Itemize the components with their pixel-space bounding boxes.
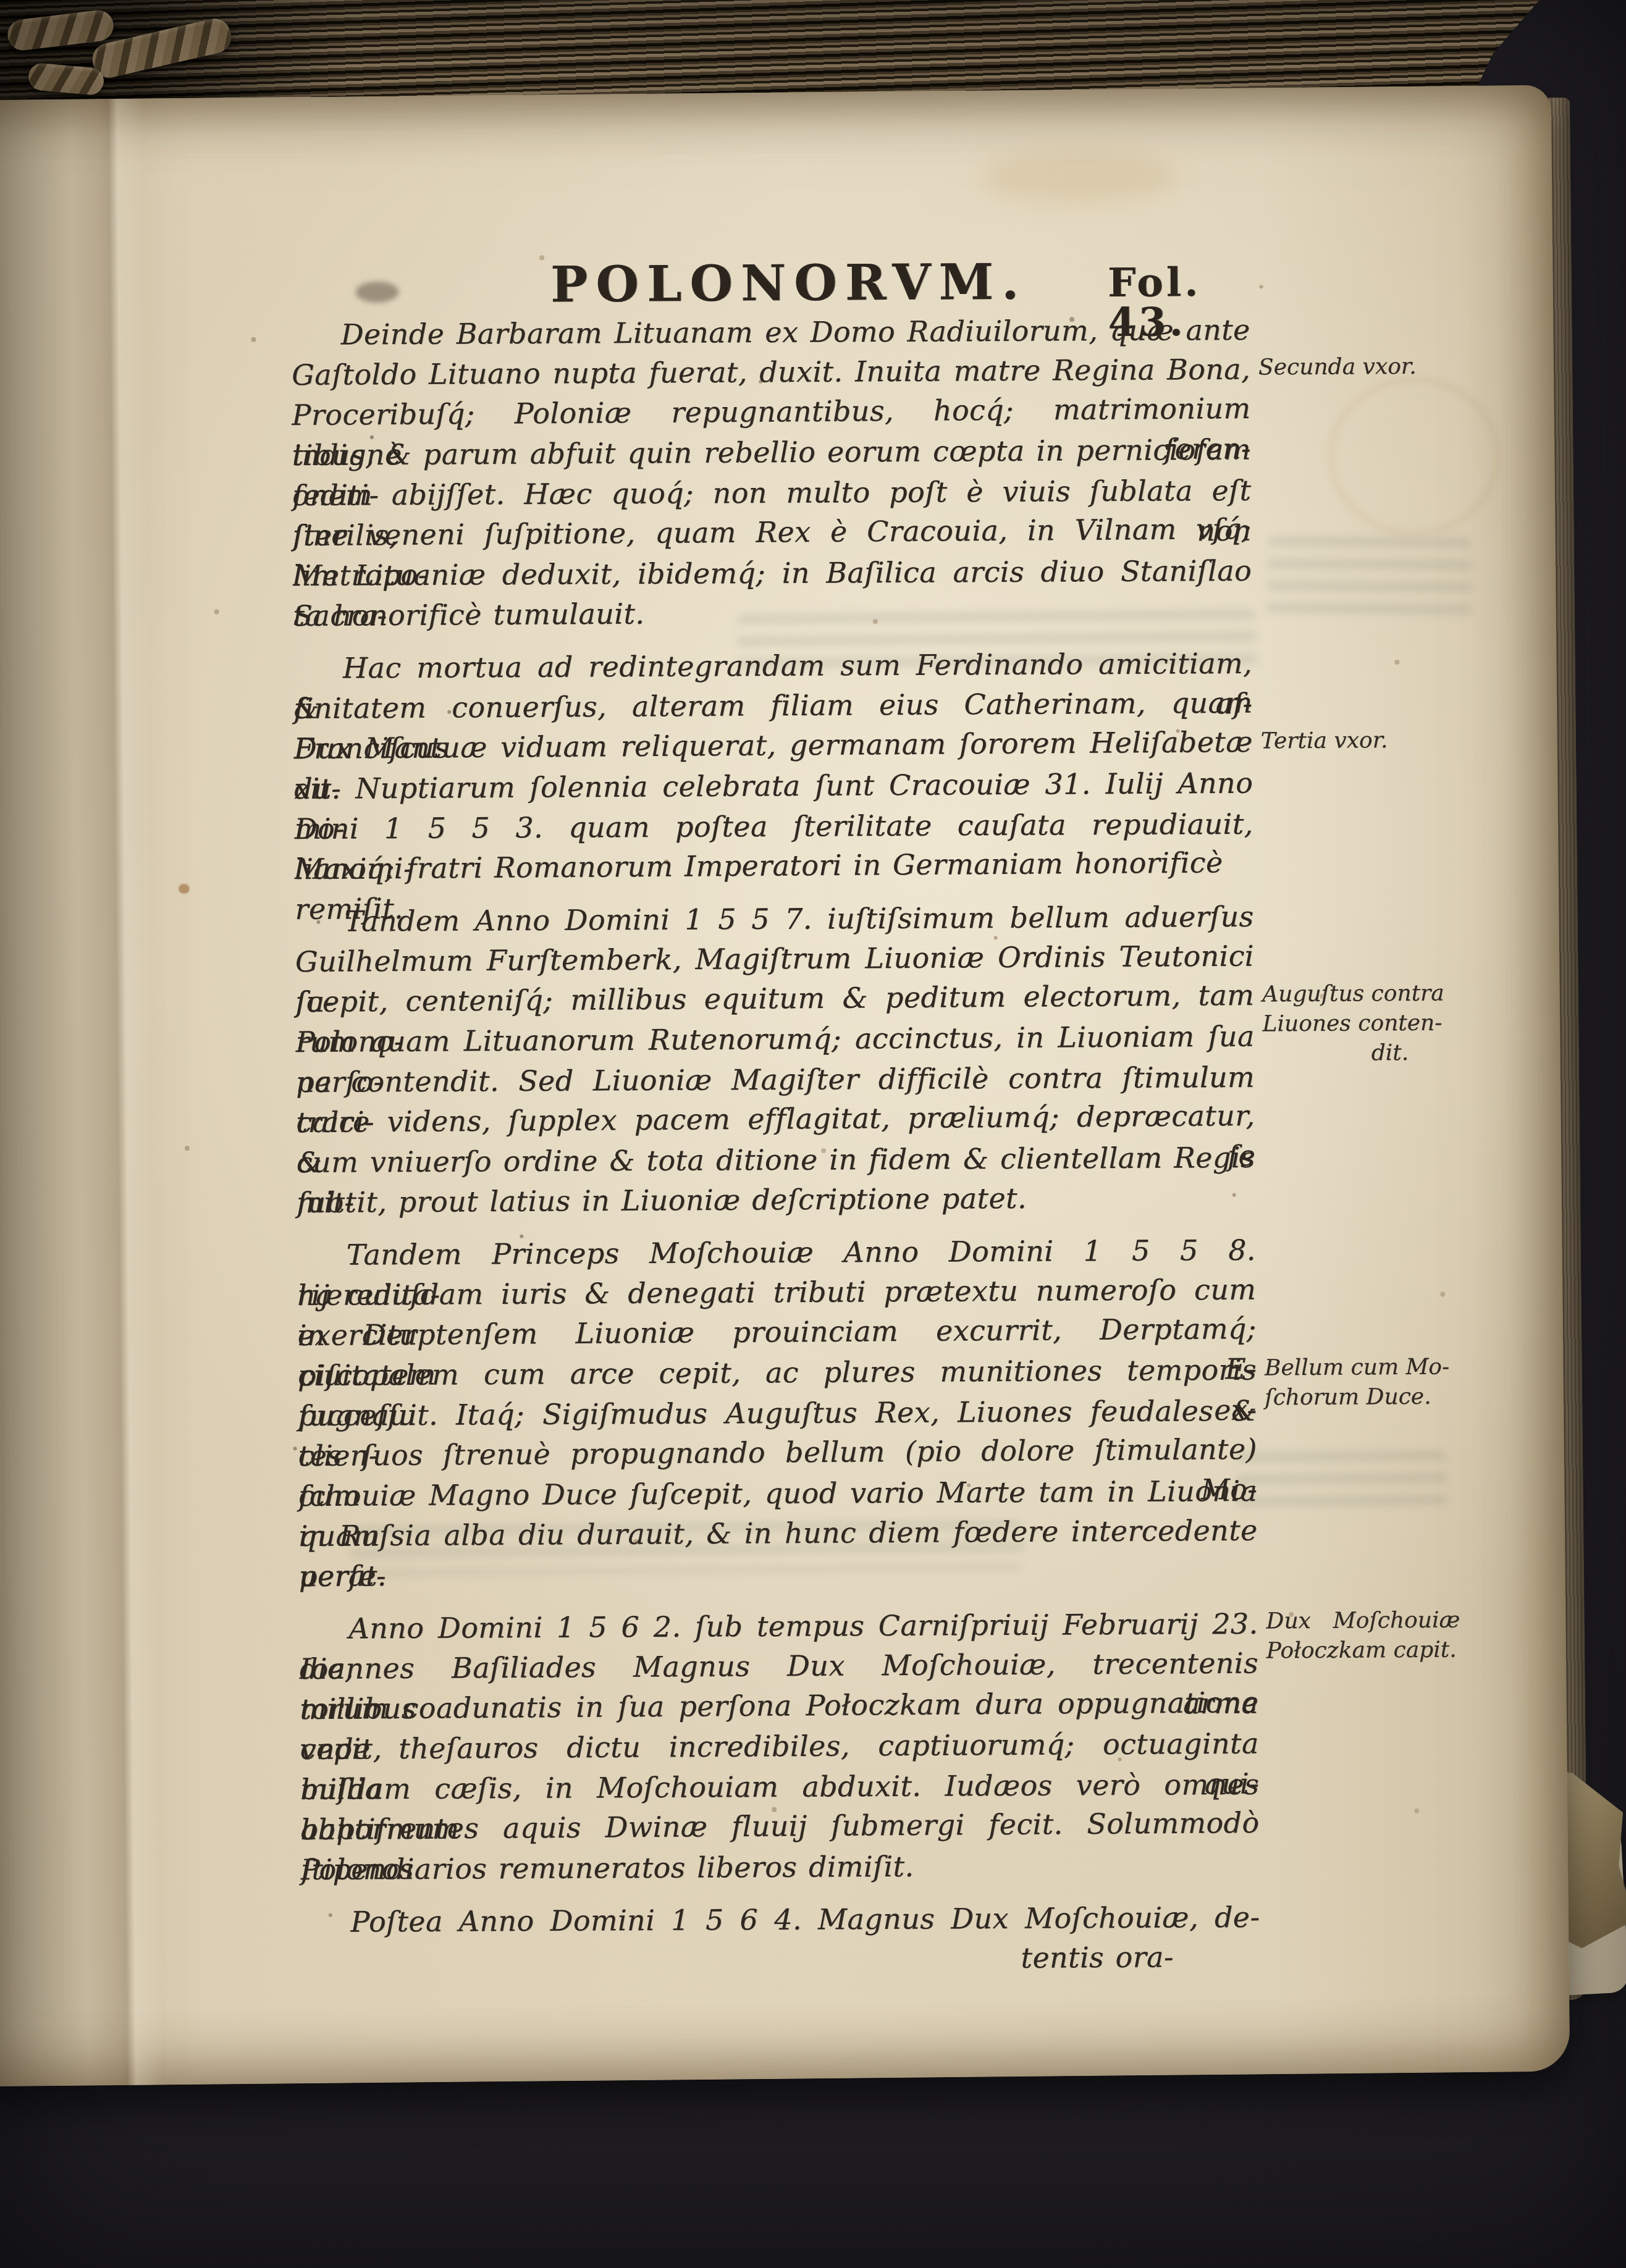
margin-note-line: Auguſtus contra	[1262, 978, 1517, 1010]
margin-notes: Secunda vxor.Tertia vxor.Auguſtus contra…	[0, 0, 1626, 2268]
margin-note-line: Dux Moſchouiæ	[1266, 1605, 1520, 1637]
margin-note-line: Secunda vxor.	[1258, 351, 1513, 383]
margin-note: Tertia vxor.	[1261, 725, 1515, 757]
margin-note: Auguſtus contraLiuones conten-dit.	[1262, 978, 1517, 1069]
book-photo: POLONORVM. Fol. 43. Deinde Barbaram Litu…	[0, 0, 1626, 2268]
margin-note-line: ſchorum Duce.	[1265, 1382, 1519, 1413]
margin-note-line: Tertia vxor.	[1261, 725, 1515, 757]
margin-note-line: Bellum cum Mo-	[1265, 1352, 1519, 1384]
margin-note: Secunda vxor.	[1258, 351, 1513, 383]
margin-note: Dux MoſchouiæPołoczkam capit.	[1266, 1605, 1521, 1666]
margin-note-line: dit.	[1263, 1038, 1517, 1069]
page-content: POLONORVM. Fol. 43. Deinde Barbaram Litu…	[0, 0, 1626, 2268]
margin-note: Bellum cum Mo-ſchorum Duce.	[1265, 1352, 1520, 1413]
margin-note-line: Połoczkam capit.	[1266, 1635, 1521, 1666]
margin-note-line: Liuones conten-	[1262, 1008, 1517, 1039]
